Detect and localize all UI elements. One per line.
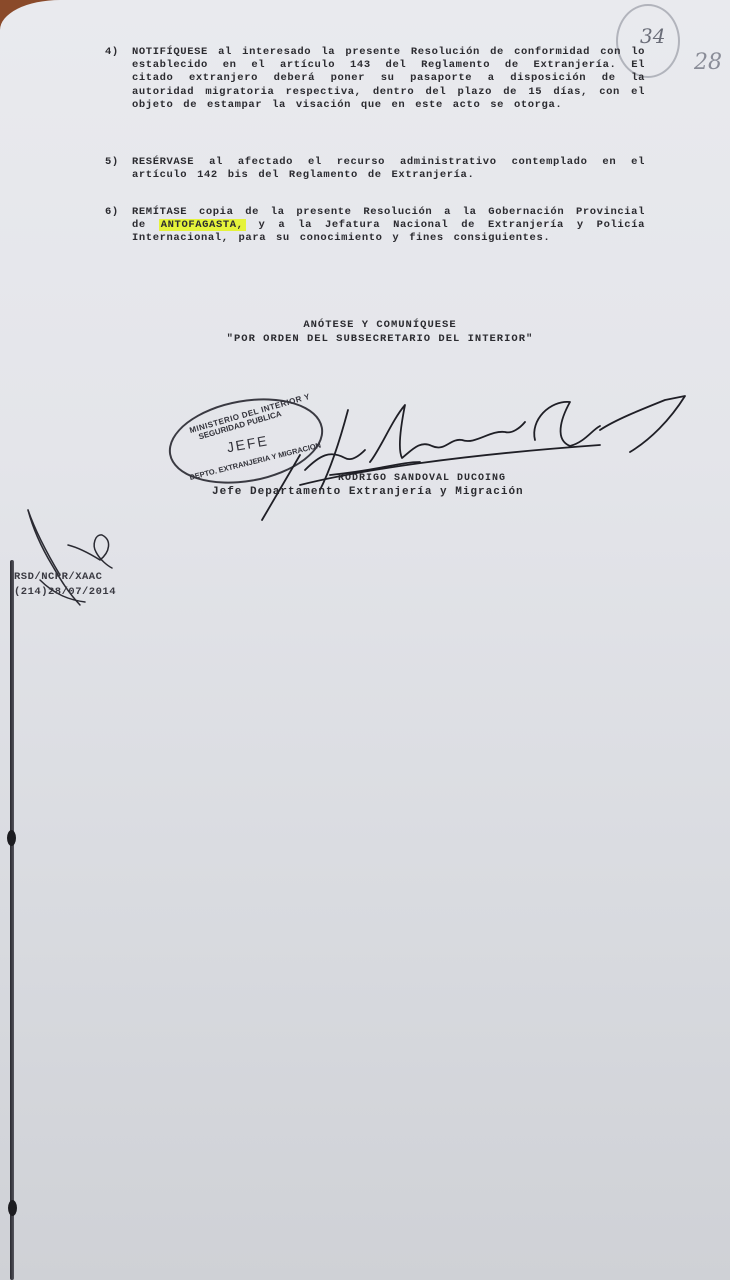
highlighted-text: ANTOFAGASTA, — [159, 219, 246, 231]
reference-code-date: (214)28/07/2014 — [14, 585, 116, 600]
clause-5: 5) RESÉRVASE al afectado el recurso admi… — [105, 156, 645, 182]
official-stamp: MINISTERIO DEL INTERIOR Y SEGURIDAD PUBL… — [162, 387, 330, 495]
reference-initials: RSD/NCPR/XAAC — [14, 570, 116, 585]
folio-number-side: 28 — [694, 50, 722, 75]
document-page: 34 28 4) NOTIFÍQUESE al interesado la pr… — [0, 0, 730, 1280]
binding-clip — [7, 830, 16, 846]
signatory-name: RODRIGO SANDOVAL DUCOING — [338, 473, 506, 484]
clause-number: 4) — [105, 46, 119, 59]
signatory-title: Jefe Departamento Extranjería y Migració… — [212, 486, 524, 498]
clause-text: REMÍTASE copia de la presente Resolución… — [132, 206, 645, 246]
clause-text: RESÉRVASE al afectado el recurso adminis… — [132, 156, 645, 182]
closing-line-1: ANÓTESE Y COMUNÍQUESE — [150, 318, 610, 332]
reference-block: RSD/NCPR/XAAC (214)28/07/2014 — [14, 570, 116, 600]
folio-number-top: 34 — [640, 24, 665, 48]
closing-line-2: "POR ORDEN DEL SUBSECRETARIO DEL INTERIO… — [150, 332, 610, 346]
binding-edge — [10, 560, 14, 1280]
handwritten-signature-icon — [0, 0, 730, 1280]
clause-6: 6) REMÍTASE copia de la presente Resoluc… — [105, 206, 645, 246]
closing-formula: ANÓTESE Y COMUNÍQUESE "POR ORDEN DEL SUB… — [150, 318, 610, 346]
stamp-center-text: JEFE — [225, 432, 269, 455]
binding-clip — [8, 1200, 17, 1216]
stamp-top-text: MINISTERIO DEL INTERIOR Y — [188, 392, 311, 435]
clause-number: 5) — [105, 156, 119, 169]
clause-number: 6) — [105, 206, 119, 219]
clause-text: NOTIFÍQUESE al interesado la presente Re… — [132, 46, 645, 112]
clause-4: 4) NOTIFÍQUESE al interesado la presente… — [105, 46, 645, 112]
